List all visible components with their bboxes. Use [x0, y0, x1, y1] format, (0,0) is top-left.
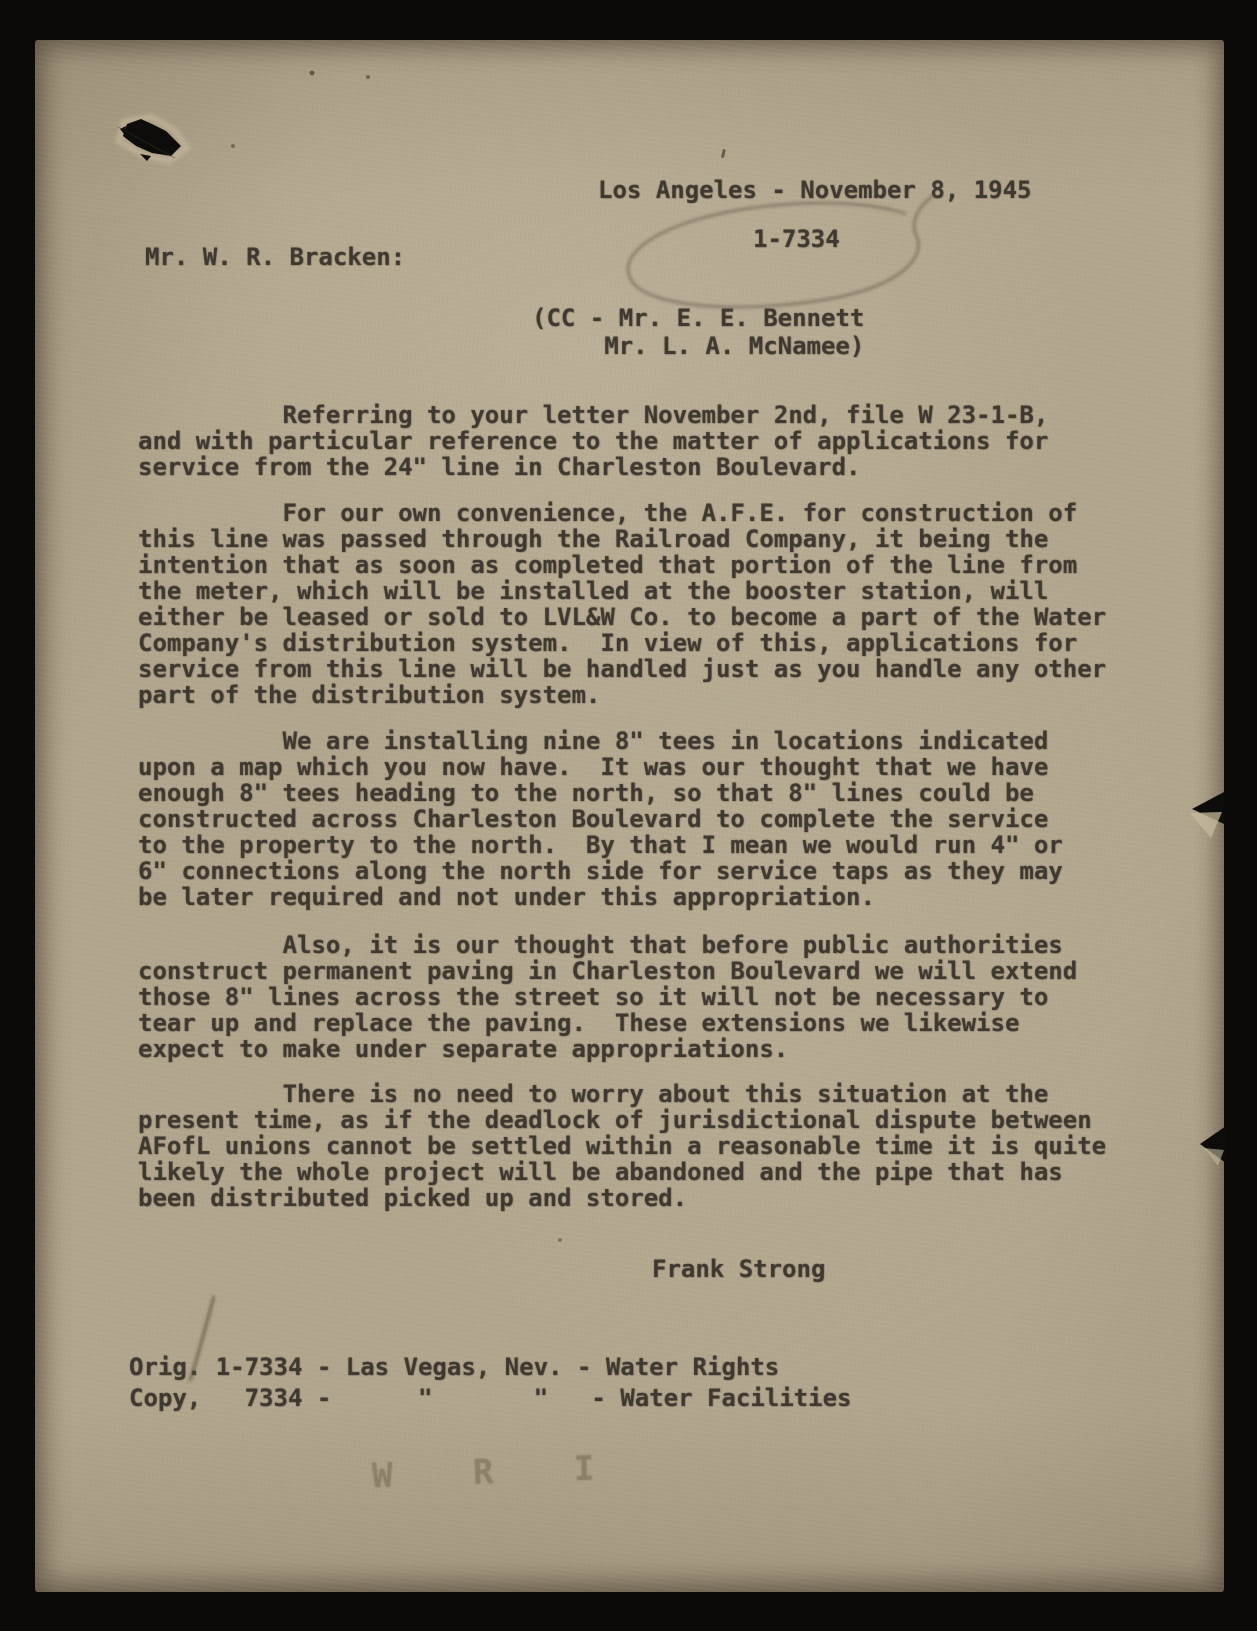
body-paragraph: Also, it is our thought that before publ… — [138, 932, 1077, 1062]
body-paragraph: Referring to your letter November 2nd, f… — [138, 402, 1048, 480]
scan-background: Los Angeles - November 8, 1945 1-7334 Mr… — [0, 0, 1257, 1631]
dateline: Los Angeles - November 8, 1945 — [598, 177, 1031, 203]
body-paragraph: For our own convenience, the A.F.E. for … — [138, 500, 1106, 708]
distribution-block: Orig. 1-7334 - Las Vegas, Nev. - Water R… — [129, 1352, 851, 1414]
signature-line: Frank Strong — [652, 1256, 825, 1282]
recipient-line: Mr. W. R. Bracken: — [145, 244, 405, 270]
body-paragraph: We are installing nine 8" tees in locati… — [138, 728, 1063, 910]
body-paragraph: There is no need to worry about this sit… — [138, 1081, 1106, 1211]
file-number: 1-7334 — [753, 226, 840, 252]
cc-block: (CC - Mr. E. E. Bennett Mr. L. A. McName… — [532, 304, 864, 360]
